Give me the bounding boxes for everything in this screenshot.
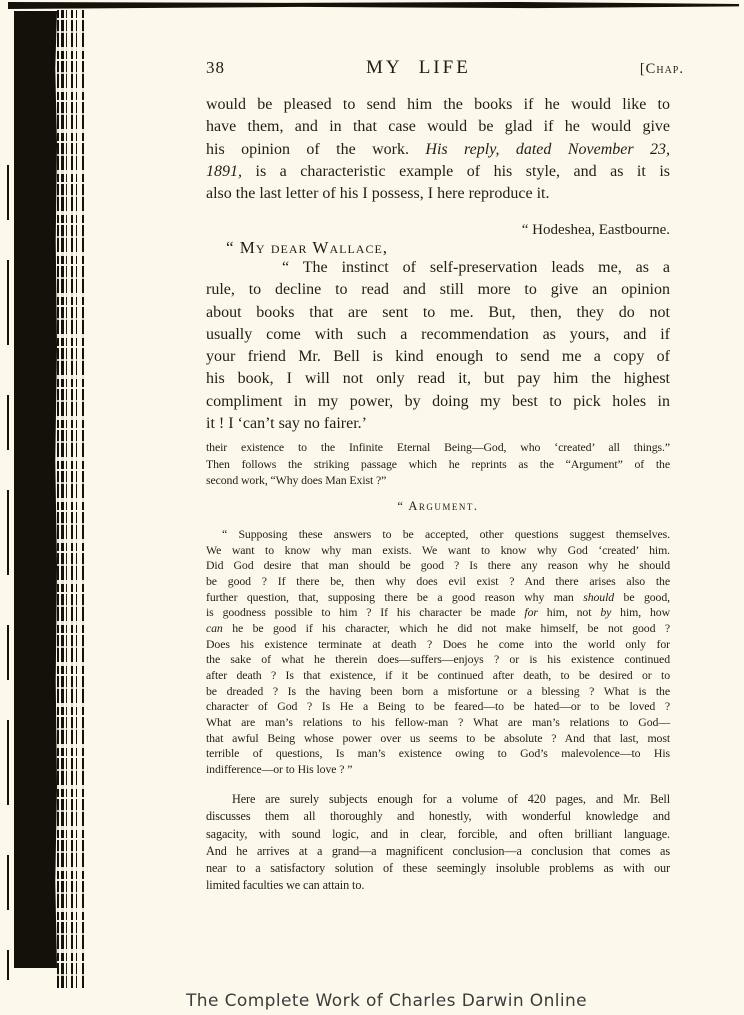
text-line: his opinion of the work. His reply, date… <box>206 139 670 161</box>
closing-paragraph: Here are surely subjects enough for a vo… <box>206 791 670 895</box>
text-line: Then follows the striking passage which … <box>206 456 670 473</box>
text-line: is goodness possible to him ? If his cha… <box>206 605 670 621</box>
narration-paragraph: their existence to the Infinite Eternal … <box>206 439 670 489</box>
text-line: discusses them all thoroughly and honest… <box>206 808 670 825</box>
text-line: also the last letter of his I possess, I… <box>206 183 670 205</box>
text-line: can he be good if his character, which h… <box>206 621 670 637</box>
running-title: MY LIFE <box>366 57 471 79</box>
page-header: 38 MY LIFE [Chap. <box>206 57 684 79</box>
text-line: We want to know why man exists. We want … <box>206 543 670 559</box>
text-line: it ! I ‘can’t say no fairer.’ <box>206 413 670 435</box>
text-line: about books that are sent to me. But, th… <box>206 302 670 324</box>
text-line: second work, “Why does Man Exist ?” <box>206 472 670 489</box>
text-line: the sake of what he therein does—suffers… <box>206 652 670 668</box>
scan-gutter-shadow-band <box>14 11 57 968</box>
text-line: sagacity, with sound logic, and in clear… <box>206 826 670 843</box>
text-line: indifference—or to His love ? ” <box>206 762 670 778</box>
text-line: near to a satisfactory solution of these… <box>206 860 670 877</box>
text-line: be good ? If there be, then why does evi… <box>206 574 670 590</box>
text-line: their existence to the Infinite Eternal … <box>206 439 670 456</box>
argument-paragraph: “ Supposing these answers to be accepted… <box>206 527 670 778</box>
page-number: 38 <box>206 58 225 78</box>
text-line: Did God desire that man should be good ?… <box>206 558 670 574</box>
text-line: And he arrives at a grand—a magnificent … <box>206 843 670 860</box>
intro-paragraph: would be pleased to send him the books i… <box>206 94 670 205</box>
text-line: your friend Mr. Bell is kind enough to s… <box>206 346 670 368</box>
text-line: “ Supposing these answers to be accepted… <box>206 527 670 543</box>
scan-gutter-hairline <box>7 165 9 980</box>
letter-salutation: “ My dear Wallace, <box>206 238 690 258</box>
text-line: rule, to decline to read and still more … <box>206 279 670 301</box>
text-line: his book, I will not only read it, but p… <box>206 368 670 390</box>
text-line: terrible of questions, Is man’s existenc… <box>206 746 670 762</box>
text-line: character of God ? Is He a Being to be f… <box>206 699 670 715</box>
text-line: be dreaded ? Is the having been born a m… <box>206 684 670 700</box>
text-line: compliment in my power, by doing my best… <box>206 391 670 413</box>
text-line: would be pleased to send him the books i… <box>206 94 670 116</box>
text-line: have them, and in that case would be gla… <box>206 116 670 138</box>
letter-body: “ The instinct of self-preservation lead… <box>206 257 670 435</box>
text-line: 1891, is a characteristic example of his… <box>206 161 670 183</box>
scanned-book-page: 38 MY LIFE [Chap. would be pleased to se… <box>0 0 744 1015</box>
footer-caption: The Complete Work of Charles Darwin Onli… <box>186 991 587 1011</box>
scan-edge-top-bar <box>8 2 739 9</box>
text-line: limited faculties we can attain to. <box>206 877 670 894</box>
scan-gutter-streaks <box>57 10 89 988</box>
text-line: after death ? Is that existence, if it b… <box>206 668 670 684</box>
text-line: What are man’s relations to his fellow-m… <box>206 715 670 731</box>
text-line: Here are surely subjects enough for a vo… <box>206 791 670 808</box>
text-line: further question, that, supposing there … <box>206 590 670 606</box>
chapter-marker: [Chap. <box>640 61 684 78</box>
argument-heading: “ Argument. <box>206 499 670 514</box>
text-line: usually come with such a recommendation … <box>206 324 670 346</box>
text-line: that awful Being whose power over us see… <box>206 731 670 747</box>
text-line: “ The instinct of self-preservation lead… <box>206 257 670 279</box>
text-line: Does his existence terminate at death ? … <box>206 637 670 653</box>
